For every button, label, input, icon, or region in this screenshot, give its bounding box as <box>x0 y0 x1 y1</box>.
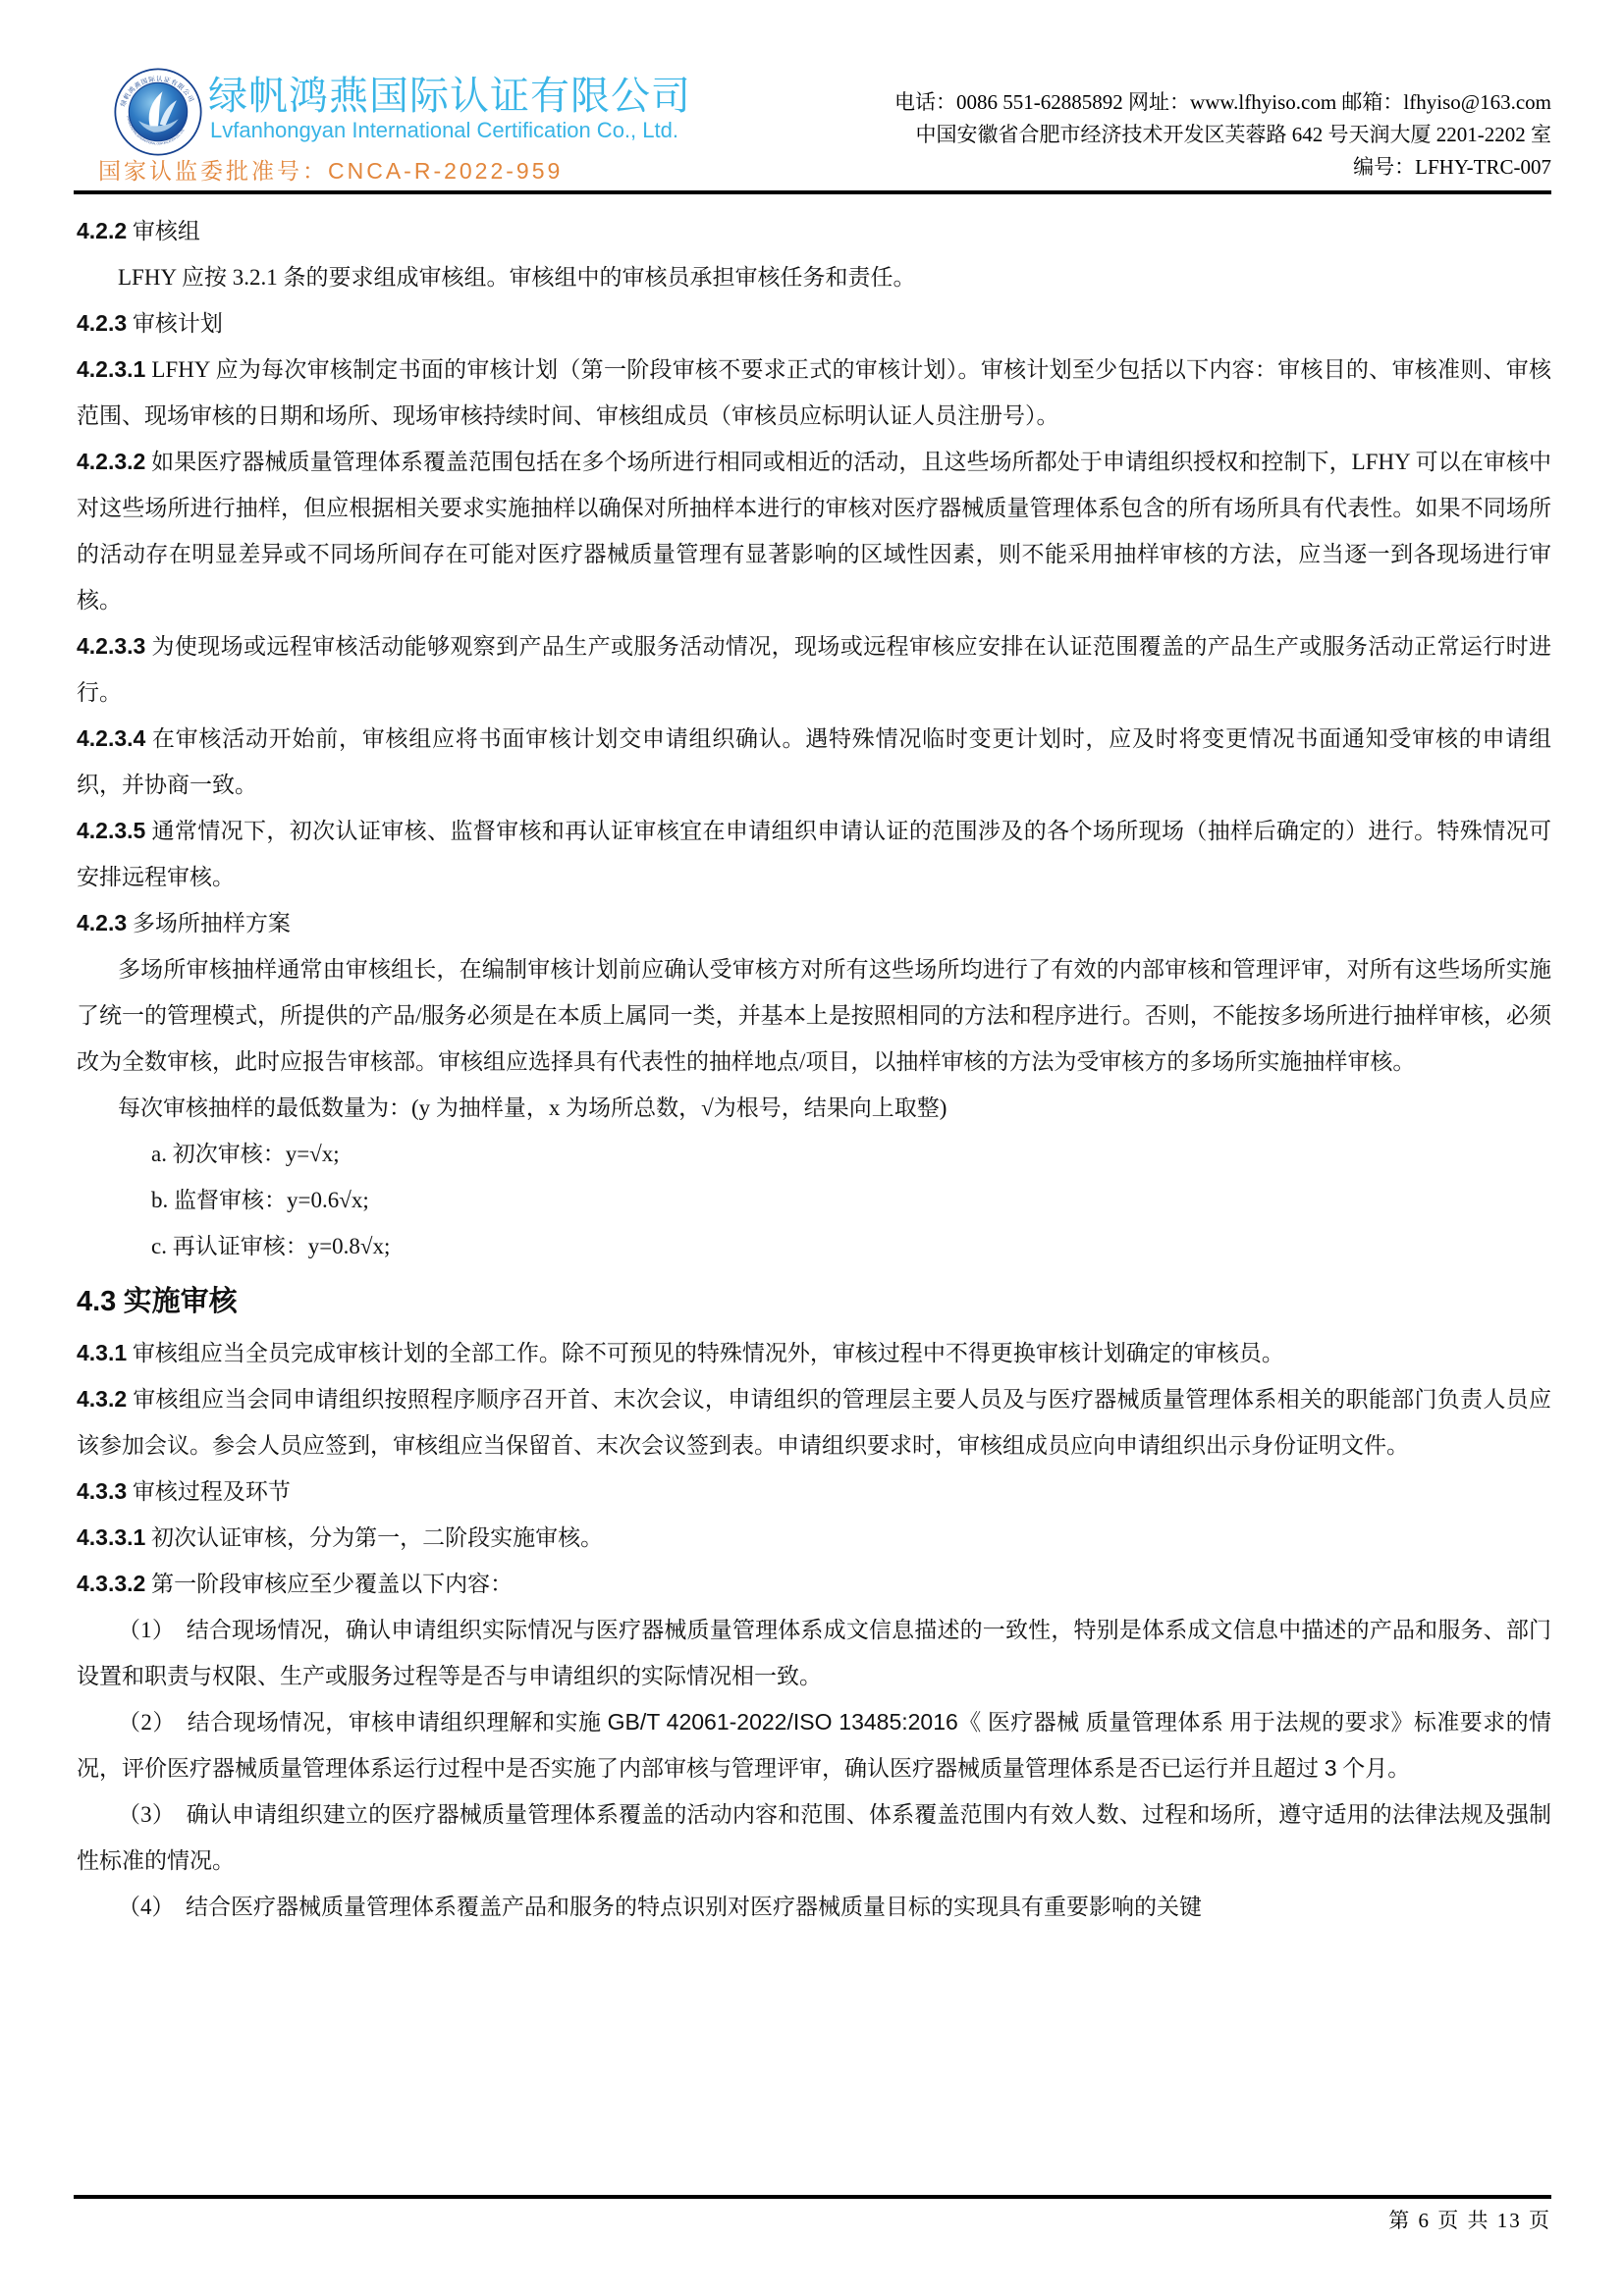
document-body: 4.2.2 审核组LFHY 应按 3.2.1 条的要求组成审核组。审核组中的审核… <box>77 208 1551 1930</box>
text-segment: 4.2.3 <box>77 310 127 336</box>
company-name-en: Lvfanhongyan International Certification… <box>210 118 678 143</box>
company-logo: 绿帆鸿燕国际认证有限公司 LVFANHONGYAN INTERNATIONAL … <box>114 67 202 157</box>
text-segment: 4.2.3.4 <box>77 725 145 751</box>
text-segment: 4.2.3.5 <box>77 818 145 843</box>
paragraph: （3） 确认申请组织建立的医疗器械质量管理体系覆盖的活动内容和范围、体系覆盖范围… <box>77 1791 1551 1884</box>
text-segment: LFHY 应为每次审核制定书面的审核计划（第一阶段审核不要求正式的审核计划）。审… <box>77 357 1551 428</box>
text-segment: GB/T 42061-2022/ISO 13485:2016 <box>608 1709 958 1735</box>
text-segment: 为使现场或远程审核活动能够观察到产品生产或服务活动情况，现场或远程审核应安排在认… <box>77 634 1551 705</box>
paragraph: 每次审核抽样的最低数量为：(y 为抽样量，x 为场所总数，√为根号，结果向上取整… <box>77 1085 1551 1131</box>
text-segment: c. 再认证审核：y=0.8√x; <box>151 1234 390 1258</box>
text-segment: 4.2.3.1 <box>77 356 145 382</box>
document-header: 绿帆鸿燕国际认证有限公司 LVFANHONGYAN INTERNATIONAL … <box>0 0 1624 196</box>
text-segment: 4.2.2 <box>77 218 127 243</box>
paragraph: 多场所审核抽样通常由审核组长，在编制审核计划前应确认受审核方对所有这些场所均进行… <box>77 946 1551 1085</box>
paragraph: 4.3.3.1 初次认证审核，分为第一，二阶段实施审核。 <box>77 1515 1551 1561</box>
text-segment: 审核组应当全员完成审核计划的全部工作。除不可预见的特殊情况外，审核过程中不得更换… <box>127 1341 1284 1365</box>
header-divider <box>74 190 1551 194</box>
paragraph: 4.2.3.1 LFHY 应为每次审核制定书面的审核计划（第一阶段审核不要求正式… <box>77 347 1551 439</box>
text-segment: （1） 结合现场情况，确认申请组织实际情况与医疗器械质量管理体系成文信息描述的一… <box>77 1618 1551 1688</box>
paragraph: 4.2.3.2 如果医疗器械质量管理体系覆盖范围包括在多个场所进行相同或相近的活… <box>77 439 1551 623</box>
text-segment: 审核过程及环节 <box>127 1479 291 1504</box>
paragraph: 4.3.1 审核组应当全员完成审核计划的全部工作。除不可预见的特殊情况外，审核过… <box>77 1330 1551 1376</box>
paragraph: c. 再认证审核：y=0.8√x; <box>77 1223 1551 1269</box>
text-segment: 4.3.3 <box>77 1478 127 1504</box>
address-line: 中国安徽省合肥市经济技术开发区芙蓉路 642 号天润大厦 2201-2202 室 <box>894 119 1551 151</box>
text-segment: 审核计划 <box>127 311 223 336</box>
text-segment: 4.2.3.3 <box>77 633 145 659</box>
document-number: 编号：LFHY-TRC-007 <box>894 151 1551 184</box>
text-segment: b. 监督审核：y=0.6√x; <box>151 1188 369 1212</box>
paragraph: （2） 结合现场情况，审核申请组织理解和实施 GB/T 42061-2022/I… <box>77 1699 1551 1791</box>
approval-number: 国家认监委批准号：CNCA-R-2022-959 <box>98 153 563 186</box>
paragraph: a. 初次审核：y=√x; <box>77 1131 1551 1177</box>
text-segment: 4.3.2 <box>77 1386 127 1412</box>
contact-line: 电话：0086 551-62885892 网址：www.lfhyiso.com … <box>894 86 1551 119</box>
text-segment: 4.3 <box>77 1286 116 1317</box>
text-segment: a. 初次审核：y=√x; <box>151 1142 340 1166</box>
text-segment: 审核组应当会同申请组织按照程序顺序召开首、末次会议，申请组织的管理层主要人员及与… <box>77 1387 1551 1458</box>
text-segment: 4.2.3.2 <box>77 449 145 474</box>
text-segment: 如果医疗器械质量管理体系覆盖范围包括在多个场所进行相同或相近的活动，且这些场所都… <box>77 450 1551 613</box>
text-segment: 第一阶段审核应至少覆盖以下内容： <box>145 1572 513 1596</box>
text-segment: （3） 确认申请组织建立的医疗器械质量管理体系覆盖的活动内容和范围、体系覆盖范围… <box>77 1802 1551 1873</box>
text-segment: 个月。 <box>1337 1756 1411 1781</box>
paragraph: 4.3.3.2 第一阶段审核应至少覆盖以下内容： <box>77 1561 1551 1607</box>
text-segment: 多场所审核抽样通常由审核组长，在编制审核计划前应确认受审核方对所有这些场所均进行… <box>77 957 1551 1074</box>
paragraph: （4） 结合医疗器械质量管理体系覆盖产品和服务的特点识别对医疗器械质量目标的实现… <box>77 1884 1551 1930</box>
text-segment: 4.3.3.1 <box>77 1524 145 1550</box>
text-segment: 4.3.1 <box>77 1340 127 1365</box>
text-segment: 在审核活动开始前，审核组应将书面审核计划交申请组织确认。遇特殊情况临时变更计划时… <box>77 726 1551 797</box>
section-heading: 4.3.3 审核过程及环节 <box>77 1468 1551 1515</box>
paragraph: （1） 结合现场情况，确认申请组织实际情况与医疗器械质量管理体系成文信息描述的一… <box>77 1607 1551 1699</box>
paragraph: LFHY 应按 3.2.1 条的要求组成审核组。审核组中的审核员承担审核任务和责… <box>77 254 1551 300</box>
text-segment: 多场所抽样方案 <box>127 911 291 935</box>
header-contact-block: 电话：0086 551-62885892 网址：www.lfhyiso.com … <box>894 86 1551 184</box>
paragraph: 4.2.3.4 在审核活动开始前，审核组应将书面审核计划交申请组织确认。遇特殊情… <box>77 716 1551 808</box>
text-segment: （2） 结合现场情况，审核申请组织理解和实施 <box>118 1710 608 1735</box>
text-segment: 4.3.3.2 <box>77 1571 145 1596</box>
text-segment: 每次审核抽样的最低数量为：(y 为抽样量，x 为场所总数，√为根号，结果向上取整… <box>118 1095 947 1120</box>
text-segment: 实施审核 <box>116 1286 237 1317</box>
document-page: 绿帆鸿燕国际认证有限公司 LVFANHONGYAN INTERNATIONAL … <box>0 0 1624 2296</box>
company-logo-icon: 绿帆鸿燕国际认证有限公司 LVFANHONGYAN INTERNATIONAL … <box>114 67 202 157</box>
section-heading: 4.2.2 审核组 <box>77 208 1551 254</box>
paragraph: 4.2.3.5 通常情况下，初次认证审核、监督审核和再认证审核宜在申请组织申请认… <box>77 808 1551 900</box>
text-segment: 初次认证审核，分为第一，二阶段实施审核。 <box>145 1525 603 1550</box>
text-segment: （4） 结合医疗器械质量管理体系覆盖产品和服务的特点识别对医疗器械质量目标的实现… <box>118 1895 1202 1919</box>
text-segment: 审核组 <box>127 219 200 243</box>
paragraph: 4.3.2 审核组应当会同申请组织按照程序顺序召开首、末次会议，申请组织的管理层… <box>77 1376 1551 1468</box>
paragraph: 4.2.3.3 为使现场或远程审核活动能够观察到产品生产或服务活动情况，现场或远… <box>77 623 1551 716</box>
section-heading: 4.2.3 审核计划 <box>77 300 1551 347</box>
paragraph: b. 监督审核：y=0.6√x; <box>77 1177 1551 1223</box>
text-segment: LFHY 应按 3.2.1 条的要求组成审核组。审核组中的审核员承担审核任务和责… <box>118 265 915 290</box>
page-number: 第 6 页 共 13 页 <box>1388 2205 1551 2234</box>
footer-divider <box>74 2195 1551 2199</box>
section-heading: 4.3 实施审核 <box>77 1269 1551 1330</box>
text-segment: 4.2.3 <box>77 910 127 935</box>
text-segment: 3 <box>1325 1755 1337 1781</box>
section-heading: 4.2.3 多场所抽样方案 <box>77 900 1551 946</box>
text-segment: 通常情况下，初次认证审核、监督审核和再认证审核宜在申请组织申请认证的范围涉及的各… <box>77 819 1551 889</box>
company-name-cn: 绿帆鸿燕国际认证有限公司 <box>208 65 691 121</box>
